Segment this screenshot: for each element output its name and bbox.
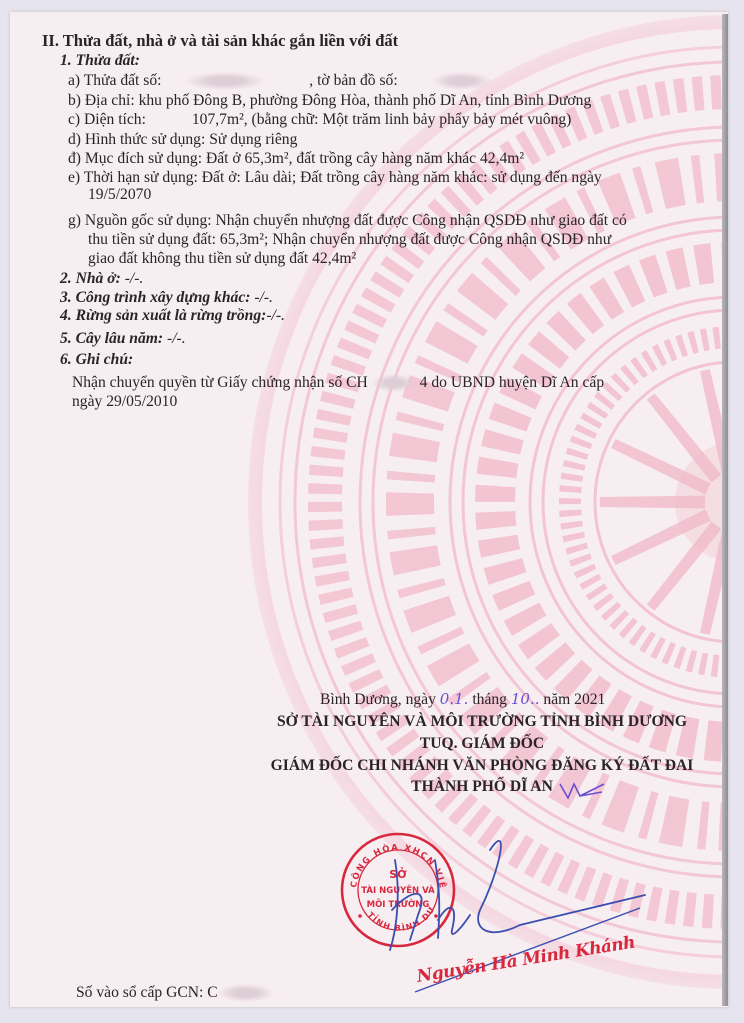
issuing-agency: SỞ TÀI NGUYÊN VÀ MÔI TRƯỜNG TỈNH BÌNH DƯ…	[230, 711, 728, 732]
handwritten-day: 0.1.	[440, 690, 469, 708]
handwritten-month: 10..	[511, 690, 540, 708]
redacted-certificate-number	[372, 374, 416, 392]
address-line: b) Địa chỉ: khu phố Đông B, phường Đông …	[68, 92, 591, 110]
place-date: Bình Dương, ngày 0.1. tháng 10.. năm 202…	[320, 690, 605, 709]
land-heading: 1. Thửa đất:	[60, 52, 140, 70]
usage-term-line-2: 19/5/2070	[88, 186, 151, 204]
scan-edge	[722, 14, 728, 1006]
section-title: II. Thửa đất, nhà ở và tài sản khác gắn …	[42, 32, 398, 50]
redacted-parcel-number	[185, 72, 265, 90]
area-value: 107,7m², (bằng chữ: Một trăm linh bảy ph…	[192, 111, 572, 128]
note-line-2: ngày 29/05/2010	[72, 393, 177, 411]
item-other-construction: 3. Công trình xây dựng khác: -/-.	[60, 289, 273, 307]
usage-term-line-1: e) Thời hạn sử dụng: Đất ở: Lâu dài; Đất…	[68, 169, 602, 187]
item-perennial-trees: 5. Cây lâu năm: -/-.	[60, 330, 186, 348]
item-notes-heading: 6. Ghi chú:	[60, 351, 133, 369]
item-production-forest: 4. Rừng sản xuất là rừng trồng:-/-.	[60, 307, 285, 325]
item-house: 2. Nhà ở: -/-.	[60, 270, 143, 288]
note-line-1: Nhận chuyển quyền từ Giấy chứng nhận số …	[72, 374, 604, 392]
signer-title-line-1: GIÁM ĐỐC CHI NHÁNH VĂN PHÒNG ĐĂNG KÝ ĐẤT…	[230, 755, 728, 776]
signer-title-line-2: THÀNH PHỐ DĨ AN	[230, 776, 728, 797]
parcel-number-line: a) Thửa đất số: , tờ bản đồ số:	[68, 72, 492, 90]
usage-purpose-line: đ) Mục đích sử dụng: Đất ở 65,3m², đất t…	[68, 150, 524, 168]
origin-line-1: g) Nguồn gốc sử dụng: Nhận chuyển nhượng…	[68, 212, 627, 230]
certificate-page: II. Thửa đất, nhà ở và tài sản khác gắn …	[10, 12, 728, 1007]
usage-form-line: d) Hình thức sử dụng: Sử dụng riêng	[68, 131, 297, 149]
map-sheet-label: , tờ bản đồ số:	[309, 72, 397, 89]
area-label: c) Diện tích:	[68, 111, 146, 128]
area-line: c) Diện tích: 107,7m², (bằng chữ: Một tr…	[68, 111, 571, 129]
registry-number: Số vào sổ cấp GCN: C	[76, 984, 274, 1002]
parcel-number-label: a) Thửa đất số:	[68, 72, 161, 89]
redacted-map-sheet	[432, 72, 492, 90]
origin-line-2: thu tiền sử dụng đất: 65,3m²; Nhận chuyể…	[88, 231, 611, 249]
redacted-registry-number	[218, 984, 274, 1002]
origin-line-3: giao đất không thu tiền sử dụng đất 42,4…	[88, 250, 356, 268]
on-behalf-of: TUQ. GIÁM ĐỐC	[230, 733, 728, 754]
initials-checkmark-icon	[558, 778, 608, 802]
